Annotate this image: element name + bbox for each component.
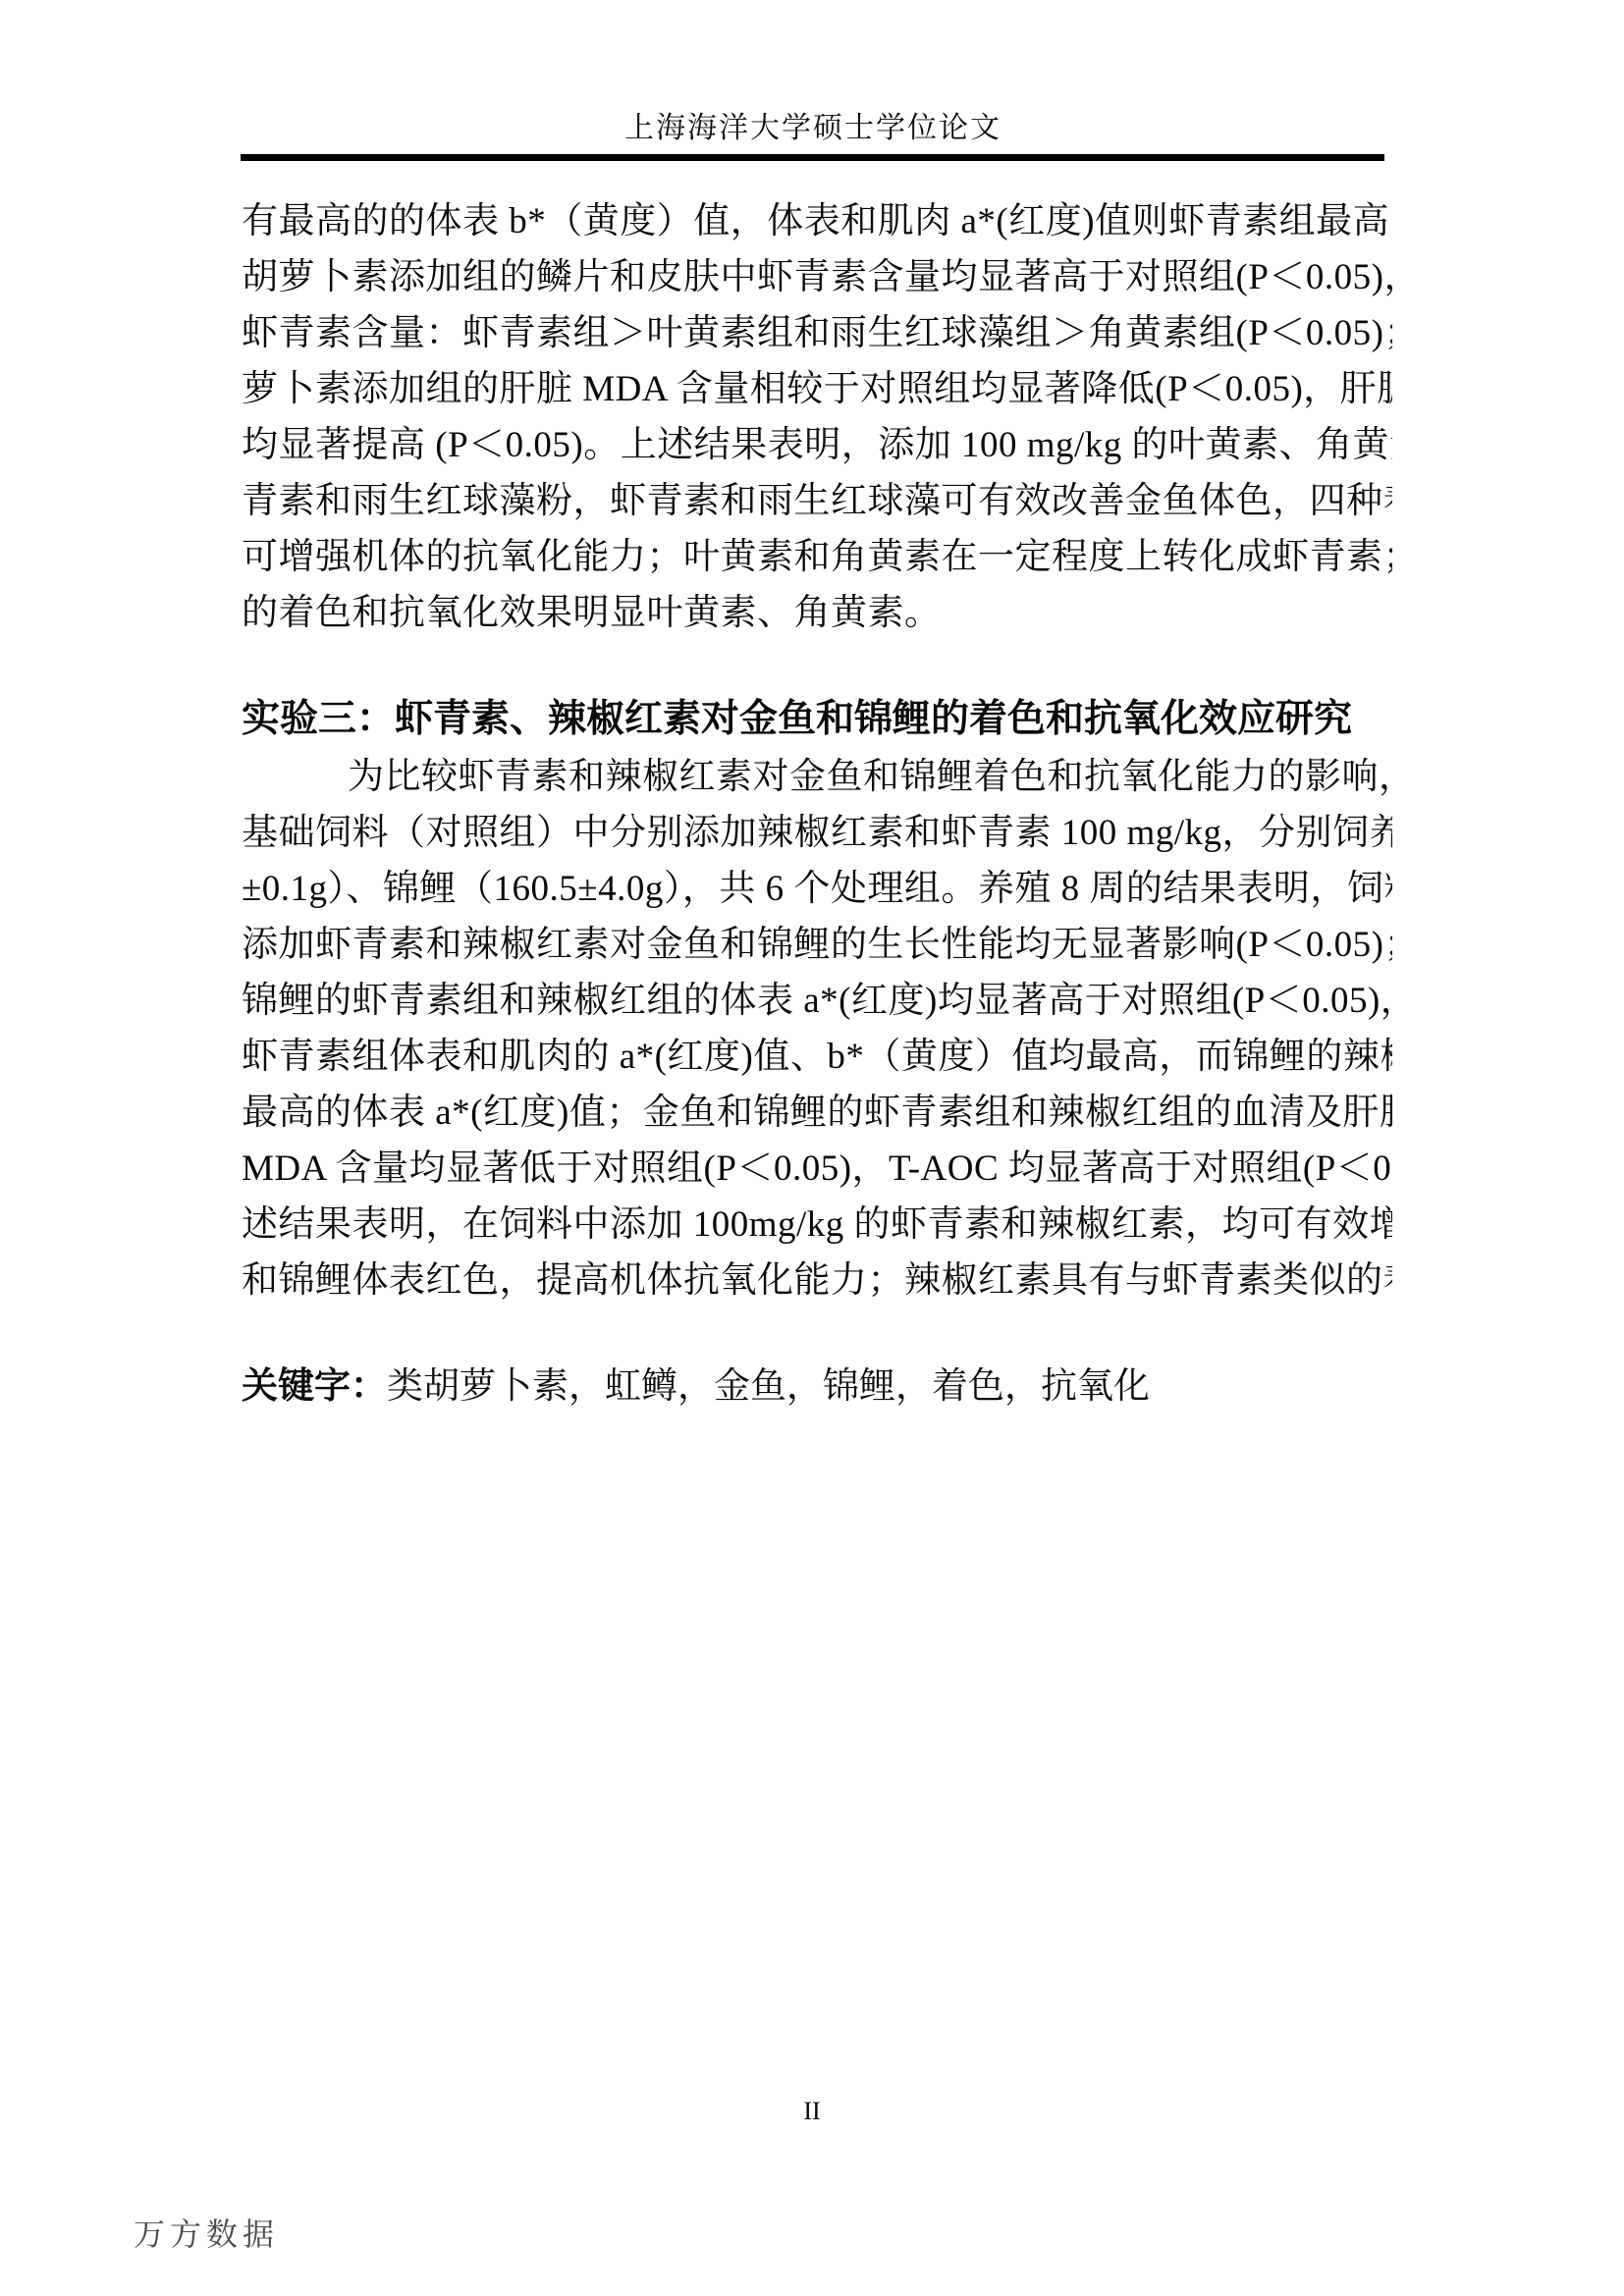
keywords-line: 关键字：类胡萝卜素，虹鳟，金鱼，锦鲤，着色，抗氧化 <box>242 1359 1392 1415</box>
text-line: 最高的体表 a*(红度)值；金鱼和锦鲤的虾青素组和辣椒红组的血清及肝脏的 <box>242 1085 1392 1141</box>
text-line: 添加虾青素和辣椒红素对金鱼和锦鲤的生长性能均无显著影响(P＜0.05)；金鱼和 <box>242 917 1392 973</box>
page-number: II <box>0 2097 1624 2126</box>
text-line: 均显著提高 (P＜0.05)。上述结果表明，添加 100 mg/kg 的叶黄素、… <box>242 417 1392 473</box>
text-line: 和锦鲤体表红色，提高机体抗氧化能力；辣椒红素具有与虾青素类似的着色效果。 <box>242 1253 1392 1308</box>
text-line: 有最高的的体表 b*（黄度）值，体表和肌肉 a*(红度)值则虾青素组最高；各类 <box>242 193 1392 249</box>
header-rule <box>241 154 1384 161</box>
text-line: 虾青素含量：虾青素组＞叶黄素组和雨生红球藻组＞角黄素组(P＜0.05)；各类胡 <box>242 305 1392 361</box>
text-line: 可增强机体的抗氧化能力；叶黄素和角黄素在一定程度上转化成虾青素；虾青素 <box>242 529 1392 585</box>
experiment3-paragraph: 为比较虾青素和辣椒红素对金鱼和锦鲤着色和抗氧化能力的影响，本实验在 基础饲料（对… <box>242 749 1392 1308</box>
text-line: 锦鲤的虾青素组和辣椒红组的体表 a*(红度)均显著高于对照组(P＜0.05)，金… <box>242 973 1392 1029</box>
wanfang-data-watermark: 万方数据 <box>134 2215 279 2254</box>
text-line: 述结果表明，在饲料中添加 100mg/kg 的虾青素和辣椒红素，均可有效增强金鱼 <box>242 1197 1392 1253</box>
keywords-text: 类胡萝卜素，虹鳟，金鱼，锦鲤，着色，抗氧化 <box>387 1366 1150 1407</box>
text-line: 萝卜素添加组的肝脏 MDA 含量相较于对照组均显著降低(P＜0.05)，肝脏 T… <box>242 361 1392 417</box>
text-line: 胡萝卜素添加组的鳞片和皮肤中虾青素含量均显著高于对照组(P＜0.05)，鳞片中 <box>242 249 1392 305</box>
text-line: 青素和雨生红球藻粉，虾青素和雨生红球藻可有效改善金鱼体色，四种着色剂均 <box>242 473 1392 529</box>
text-line: ±0.1g）、锦鲤（160.5±4.0g），共 6 个处理组。养殖 8 周的结果… <box>242 861 1392 917</box>
abstract-continuation-paragraph: 有最高的的体表 b*（黄度）值，体表和肌肉 a*(红度)值则虾青素组最高；各类 … <box>242 193 1392 641</box>
text-line: 为比较虾青素和辣椒红素对金鱼和锦鲤着色和抗氧化能力的影响，本实验在 <box>242 749 1392 805</box>
text-line: 虾青素组体表和肌肉的 a*(红度)值、b*（黄度）值均最高，而锦鲤的辣椒红组有 <box>242 1029 1392 1085</box>
keywords-label: 关键字： <box>242 1366 387 1407</box>
experiment3-heading: 实验三：虾青素、辣椒红素对金鱼和锦鲤的着色和抗氧化效应研究 <box>242 691 1392 747</box>
text-line: 的着色和抗氧化效果明显叶黄素、角黄素。 <box>242 585 1392 641</box>
text-line: MDA 含量均显著低于对照组(P＜0.05)，T-AOC 均显著高于对照组(P＜… <box>242 1141 1392 1197</box>
thesis-page: 上海海洋大学硕士学位论文 有最高的的体表 b*（黄度）值，体表和肌肉 a*(红度… <box>0 0 1624 2296</box>
page-header-title: 上海海洋大学硕士学位论文 <box>242 110 1384 147</box>
text-line: 基础饲料（对照组）中分别添加辣椒红素和虾青素 100 mg/kg，分别饲养金鱼（… <box>242 805 1392 861</box>
